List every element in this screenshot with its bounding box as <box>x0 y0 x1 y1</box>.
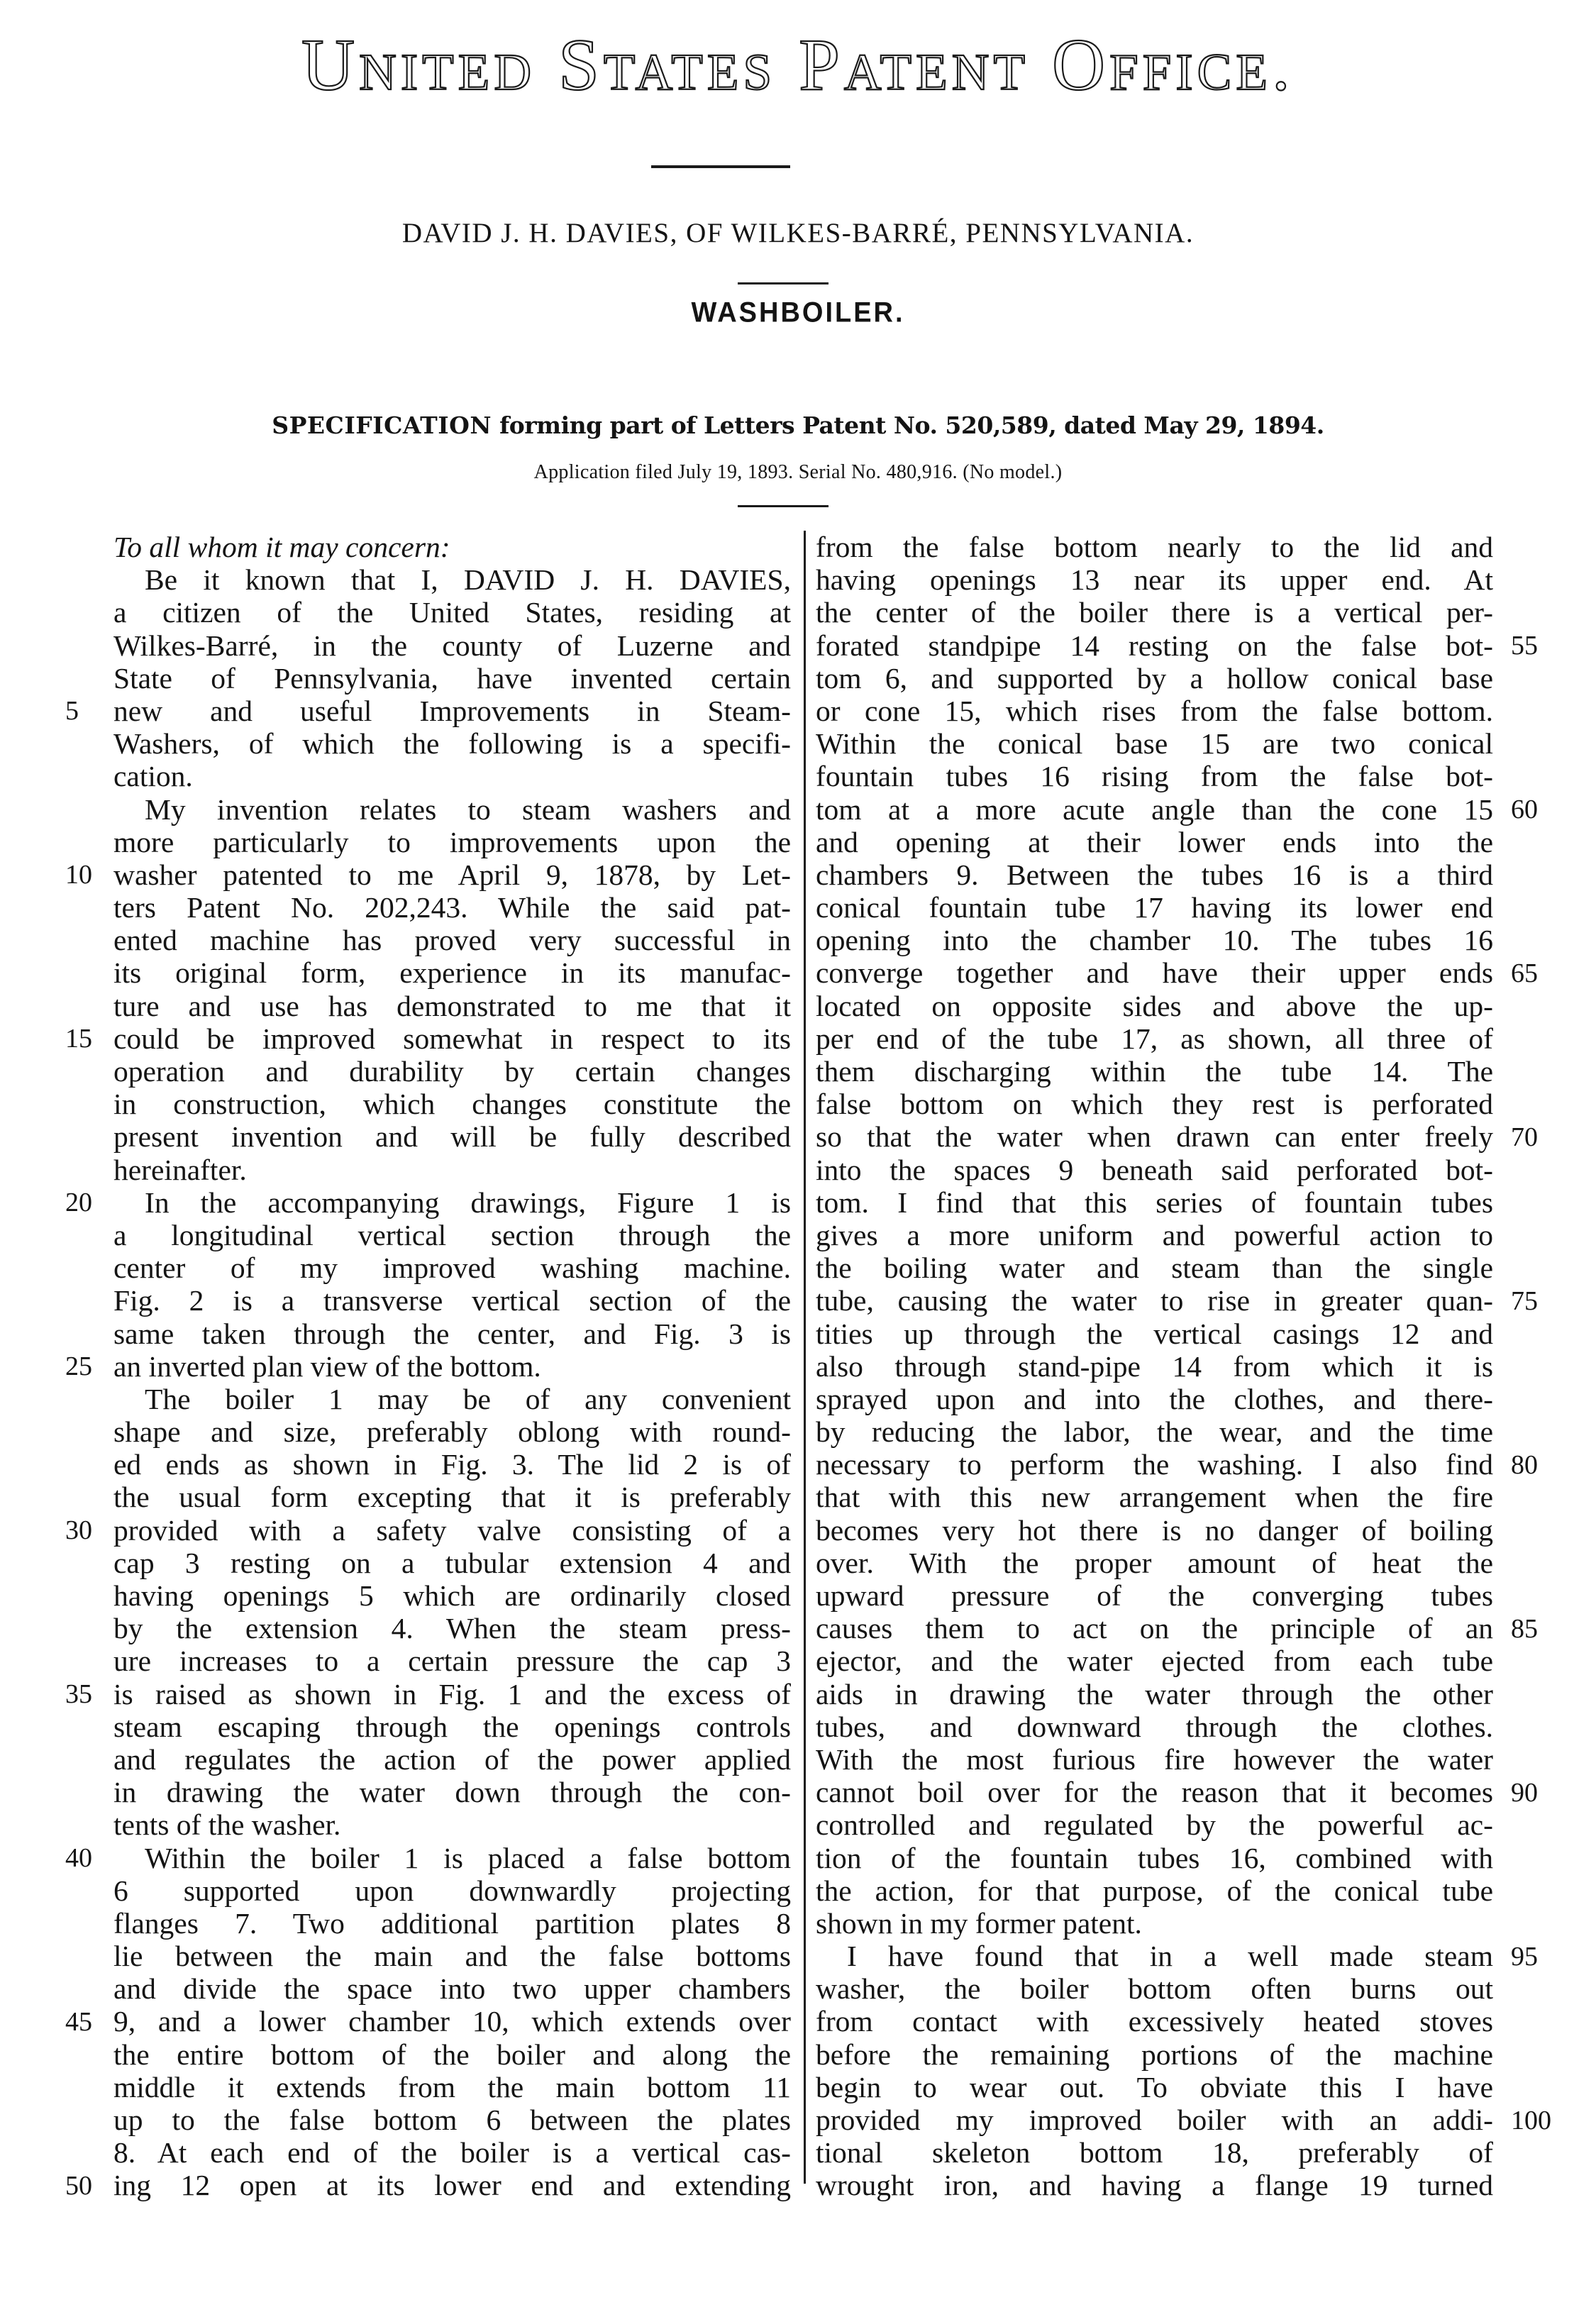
line-number: 35 <box>65 1678 92 1710</box>
text-line: and opening at their lower ends into the <box>816 826 1493 858</box>
text-line: forated standpipe 14 resting on the fals… <box>816 629 1493 662</box>
text-line: its original form, experience in its man… <box>113 956 791 989</box>
text-line: from the false bottom nearly to the lid … <box>816 531 1493 563</box>
text-line: The boiler 1 may be of any convenient <box>113 1383 791 1415</box>
line-number: 30 <box>65 1514 92 1547</box>
text-line: into the spaces 9 beneath said perforate… <box>816 1154 1493 1186</box>
text-line: steam escaping through the openings cont… <box>113 1710 791 1743</box>
text-line: the boiling water and steam than the sin… <box>816 1251 1493 1284</box>
text-line: ure increases to a certain pressure the … <box>113 1644 791 1677</box>
text-line: before the remaining portions of the mac… <box>816 2038 1493 2071</box>
text-line: 6 supported upon downwardly projecting <box>113 1874 791 1907</box>
line-number: 50 <box>65 2169 92 2202</box>
line-number: 80 <box>1511 1449 1538 1481</box>
text-line: having openings 5 which are ordinarily c… <box>113 1579 791 1612</box>
text-line: ture and use has demonstrated to me that… <box>113 990 791 1022</box>
text-line: flanges 7. Two additional partition plat… <box>113 1907 791 1940</box>
text-line: sprayed upon and into the clothes, and t… <box>816 1383 1493 1415</box>
text-line: necessary to perform the washing. I also… <box>816 1448 1493 1481</box>
left-column: To all whom it may concern: Be it known … <box>113 531 791 2202</box>
text-line: tube, causing the water to rise in great… <box>816 1284 1493 1317</box>
text-line: Wilkes-Barré, in the county of Luzerne a… <box>113 629 791 662</box>
body-divider <box>738 505 829 507</box>
text-line: ented machine has proved very successful… <box>113 924 791 956</box>
text-line: begin to wear out. To obviate this I hav… <box>816 2071 1493 2103</box>
line-number: 85 <box>1511 1613 1538 1645</box>
text-line: cannot boil over for the reason that it … <box>816 1776 1493 1808</box>
text-line: gives a more uniform and powerful action… <box>816 1219 1493 1251</box>
line-number: 55 <box>1511 629 1538 662</box>
text-line: over. With the proper amount of heat the <box>816 1547 1493 1579</box>
text-line: converge together and have their upper e… <box>816 956 1493 989</box>
text-line: new and useful Improvements in Steam- <box>113 695 791 727</box>
text-line: in construction, which changes constitut… <box>113 1088 791 1120</box>
text-line: cation. <box>113 760 791 792</box>
text-line: in drawing the water down through the co… <box>113 1776 791 1808</box>
specification-line: SPECIFICATION forming part of Letters Pa… <box>0 411 1596 439</box>
text-line: My invention relates to steam washers an… <box>113 793 791 826</box>
text-line: by reducing the labor, the wear, and the… <box>816 1415 1493 1448</box>
text-line: them discharging within the tube 14. The <box>816 1055 1493 1088</box>
text-line: tion of the fountain tubes 16, combined … <box>816 1842 1493 1874</box>
text-line: also through stand-pipe 14 from which it… <box>816 1350 1493 1383</box>
text-line: 8. At each end of the boiler is a vertic… <box>113 2136 791 2169</box>
office-title: United States Patent Office. <box>0 28 1596 102</box>
inventor-line: DAVID J. H. DAVIES, OF WILKES-BARRÉ, PEN… <box>0 217 1596 249</box>
text-line: tom. I find that this series of fountain… <box>816 1186 1493 1219</box>
text-line: operation and durability by certain chan… <box>113 1055 791 1088</box>
text-line: located on opposite sides and above the … <box>816 990 1493 1022</box>
text-line: present invention and will be fully desc… <box>113 1120 791 1153</box>
text-line: provided my improved boiler with an addi… <box>816 2103 1493 2136</box>
text-line: false bottom on which they rest is perfo… <box>816 1088 1493 1120</box>
line-number: 10 <box>65 858 92 891</box>
text-line: is raised as shown in Fig. 1 and the exc… <box>113 1678 791 1710</box>
salutation: To all whom it may concern: <box>113 531 791 563</box>
right-column: from the false bottom nearly to the lid … <box>816 531 1493 2202</box>
patent-page: United States Patent Office. DAVID J. H.… <box>0 0 1596 2322</box>
text-line: fountain tubes 16 rising from the false … <box>816 760 1493 792</box>
text-line: could be improved somewhat in respect to… <box>113 1022 791 1055</box>
text-line: With the most furious fire however the w… <box>816 1743 1493 1776</box>
specification-detail: forming part of Letters Patent No. 520,5… <box>492 411 1324 439</box>
text-line: and divide the space into two upper cham… <box>113 1972 791 2005</box>
text-line: ing 12 open at its lower end and extendi… <box>113 2169 791 2201</box>
text-line: chambers 9. Between the tubes 16 is a th… <box>816 858 1493 891</box>
text-line: the action, for that purpose, of the con… <box>816 1874 1493 1907</box>
text-line: middle it extends from the main bottom 1… <box>113 2071 791 2103</box>
text-line: center of my improved washing machine. <box>113 1251 791 1284</box>
text-line: and regulates the action of the power ap… <box>113 1743 791 1776</box>
text-line: having openings 13 near its upper end. A… <box>816 563 1493 596</box>
line-number: 90 <box>1511 1776 1538 1809</box>
line-number: 75 <box>1511 1285 1538 1317</box>
text-line: upward pressure of the converging tubes <box>816 1579 1493 1612</box>
text-line: that with this new arrangement when the … <box>816 1481 1493 1513</box>
line-number: 25 <box>65 1350 92 1383</box>
text-line: Washers, of which the following is a spe… <box>113 727 791 760</box>
line-number: 45 <box>65 2006 92 2038</box>
text-line: tional skeleton bottom 18, preferably of <box>816 2136 1493 2169</box>
invention-title: WASHBOILER. <box>0 297 1596 329</box>
text-line: tom at a more acute angle than the cone … <box>816 793 1493 826</box>
text-line: a longitudinal vertical section through … <box>113 1219 791 1251</box>
text-line: tents of the washer. <box>113 1808 791 1841</box>
text-line: wrought iron, and having a flange 19 tur… <box>816 2169 1493 2201</box>
text-line: hereinafter. <box>113 1154 791 1186</box>
text-line: ters Patent No. 202,243. While the said … <box>113 891 791 924</box>
text-line: shown in my former patent. <box>816 1907 1493 1940</box>
text-line: washer patented to me April 9, 1878, by … <box>113 858 791 891</box>
text-line: 9, and a lower chamber 10, which extends… <box>113 2005 791 2038</box>
text-line: more particularly to improvements upon t… <box>113 826 791 858</box>
text-line: tom 6, and supported by a hollow conical… <box>816 662 1493 695</box>
text-line: ed ends as shown in Fig. 3. The lid 2 is… <box>113 1448 791 1481</box>
text-line: cap 3 resting on a tubular extension 4 a… <box>113 1547 791 1579</box>
text-line: up to the false bottom 6 between the pla… <box>113 2103 791 2136</box>
text-line: an inverted plan view of the bottom. <box>113 1350 791 1383</box>
text-line: Within the conical base 15 are two conic… <box>816 727 1493 760</box>
line-number: 15 <box>65 1022 92 1055</box>
text-line: so that the water when drawn can enter f… <box>816 1120 1493 1153</box>
text-line: Within the boiler 1 is placed a false bo… <box>113 1842 791 1874</box>
text-line: I have found that in a well made steam <box>816 1940 1493 1972</box>
line-number: 70 <box>1511 1121 1538 1154</box>
text-line: or cone 15, which rises from the false b… <box>816 695 1493 727</box>
line-number: 20 <box>65 1186 92 1219</box>
text-line: Be it known that I, DAVID J. H. DAVIES, <box>113 563 791 596</box>
text-line: the entire bottom of the boiler and alon… <box>113 2038 791 2071</box>
line-number: 60 <box>1511 793 1538 826</box>
text-line: controlled and regulated by the powerful… <box>816 1808 1493 1841</box>
line-number: 40 <box>65 1842 92 1874</box>
text-line: per end of the tube 17, as shown, all th… <box>816 1022 1493 1055</box>
text-line: Fig. 2 is a transverse vertical section … <box>113 1284 791 1317</box>
application-line: Application filed July 19, 1893. Serial … <box>0 461 1596 484</box>
text-line: the center of the boiler there is a vert… <box>816 596 1493 629</box>
text-line: same taken through the center, and Fig. … <box>113 1317 791 1350</box>
specification-label: SPECIFICATION <box>272 411 492 439</box>
invention-divider <box>738 282 829 284</box>
line-number: 5 <box>65 695 79 727</box>
text-line: from contact with excessively heated sto… <box>816 2005 1493 2038</box>
text-line: aids in drawing the water through the ot… <box>816 1678 1493 1710</box>
text-line: lie between the main and the false botto… <box>113 1940 791 1972</box>
text-line: conical fountain tube 17 having its lowe… <box>816 891 1493 924</box>
text-line: tubes, and downward through the clothes. <box>816 1710 1493 1743</box>
text-line: In the accompanying drawings, Figure 1 i… <box>113 1186 791 1219</box>
title-divider <box>651 165 790 168</box>
line-number: 65 <box>1511 957 1538 990</box>
text-line: washer, the boiler bottom often burns ou… <box>816 1972 1493 2005</box>
line-number: 95 <box>1511 1940 1538 1973</box>
text-line: tities up through the vertical casings 1… <box>816 1317 1493 1350</box>
text-line: the usual form excepting that it is pref… <box>113 1481 791 1513</box>
text-line: opening into the chamber 10. The tubes 1… <box>816 924 1493 956</box>
column-divider <box>804 531 806 2184</box>
line-number: 100 <box>1511 2104 1551 2137</box>
text-line: provided with a safety valve consisting … <box>113 1514 791 1547</box>
text-line: by the extension 4. When the steam press… <box>113 1612 791 1644</box>
text-line: causes them to act on the principle of a… <box>816 1612 1493 1644</box>
text-line: State of Pennsylvania, have invented cer… <box>113 662 791 695</box>
text-line: ejector, and the water ejected from each… <box>816 1644 1493 1677</box>
text-line: becomes very hot there is no danger of b… <box>816 1514 1493 1547</box>
text-line: shape and size, preferably oblong with r… <box>113 1415 791 1448</box>
text-line: a citizen of the United States, residing… <box>113 596 791 629</box>
